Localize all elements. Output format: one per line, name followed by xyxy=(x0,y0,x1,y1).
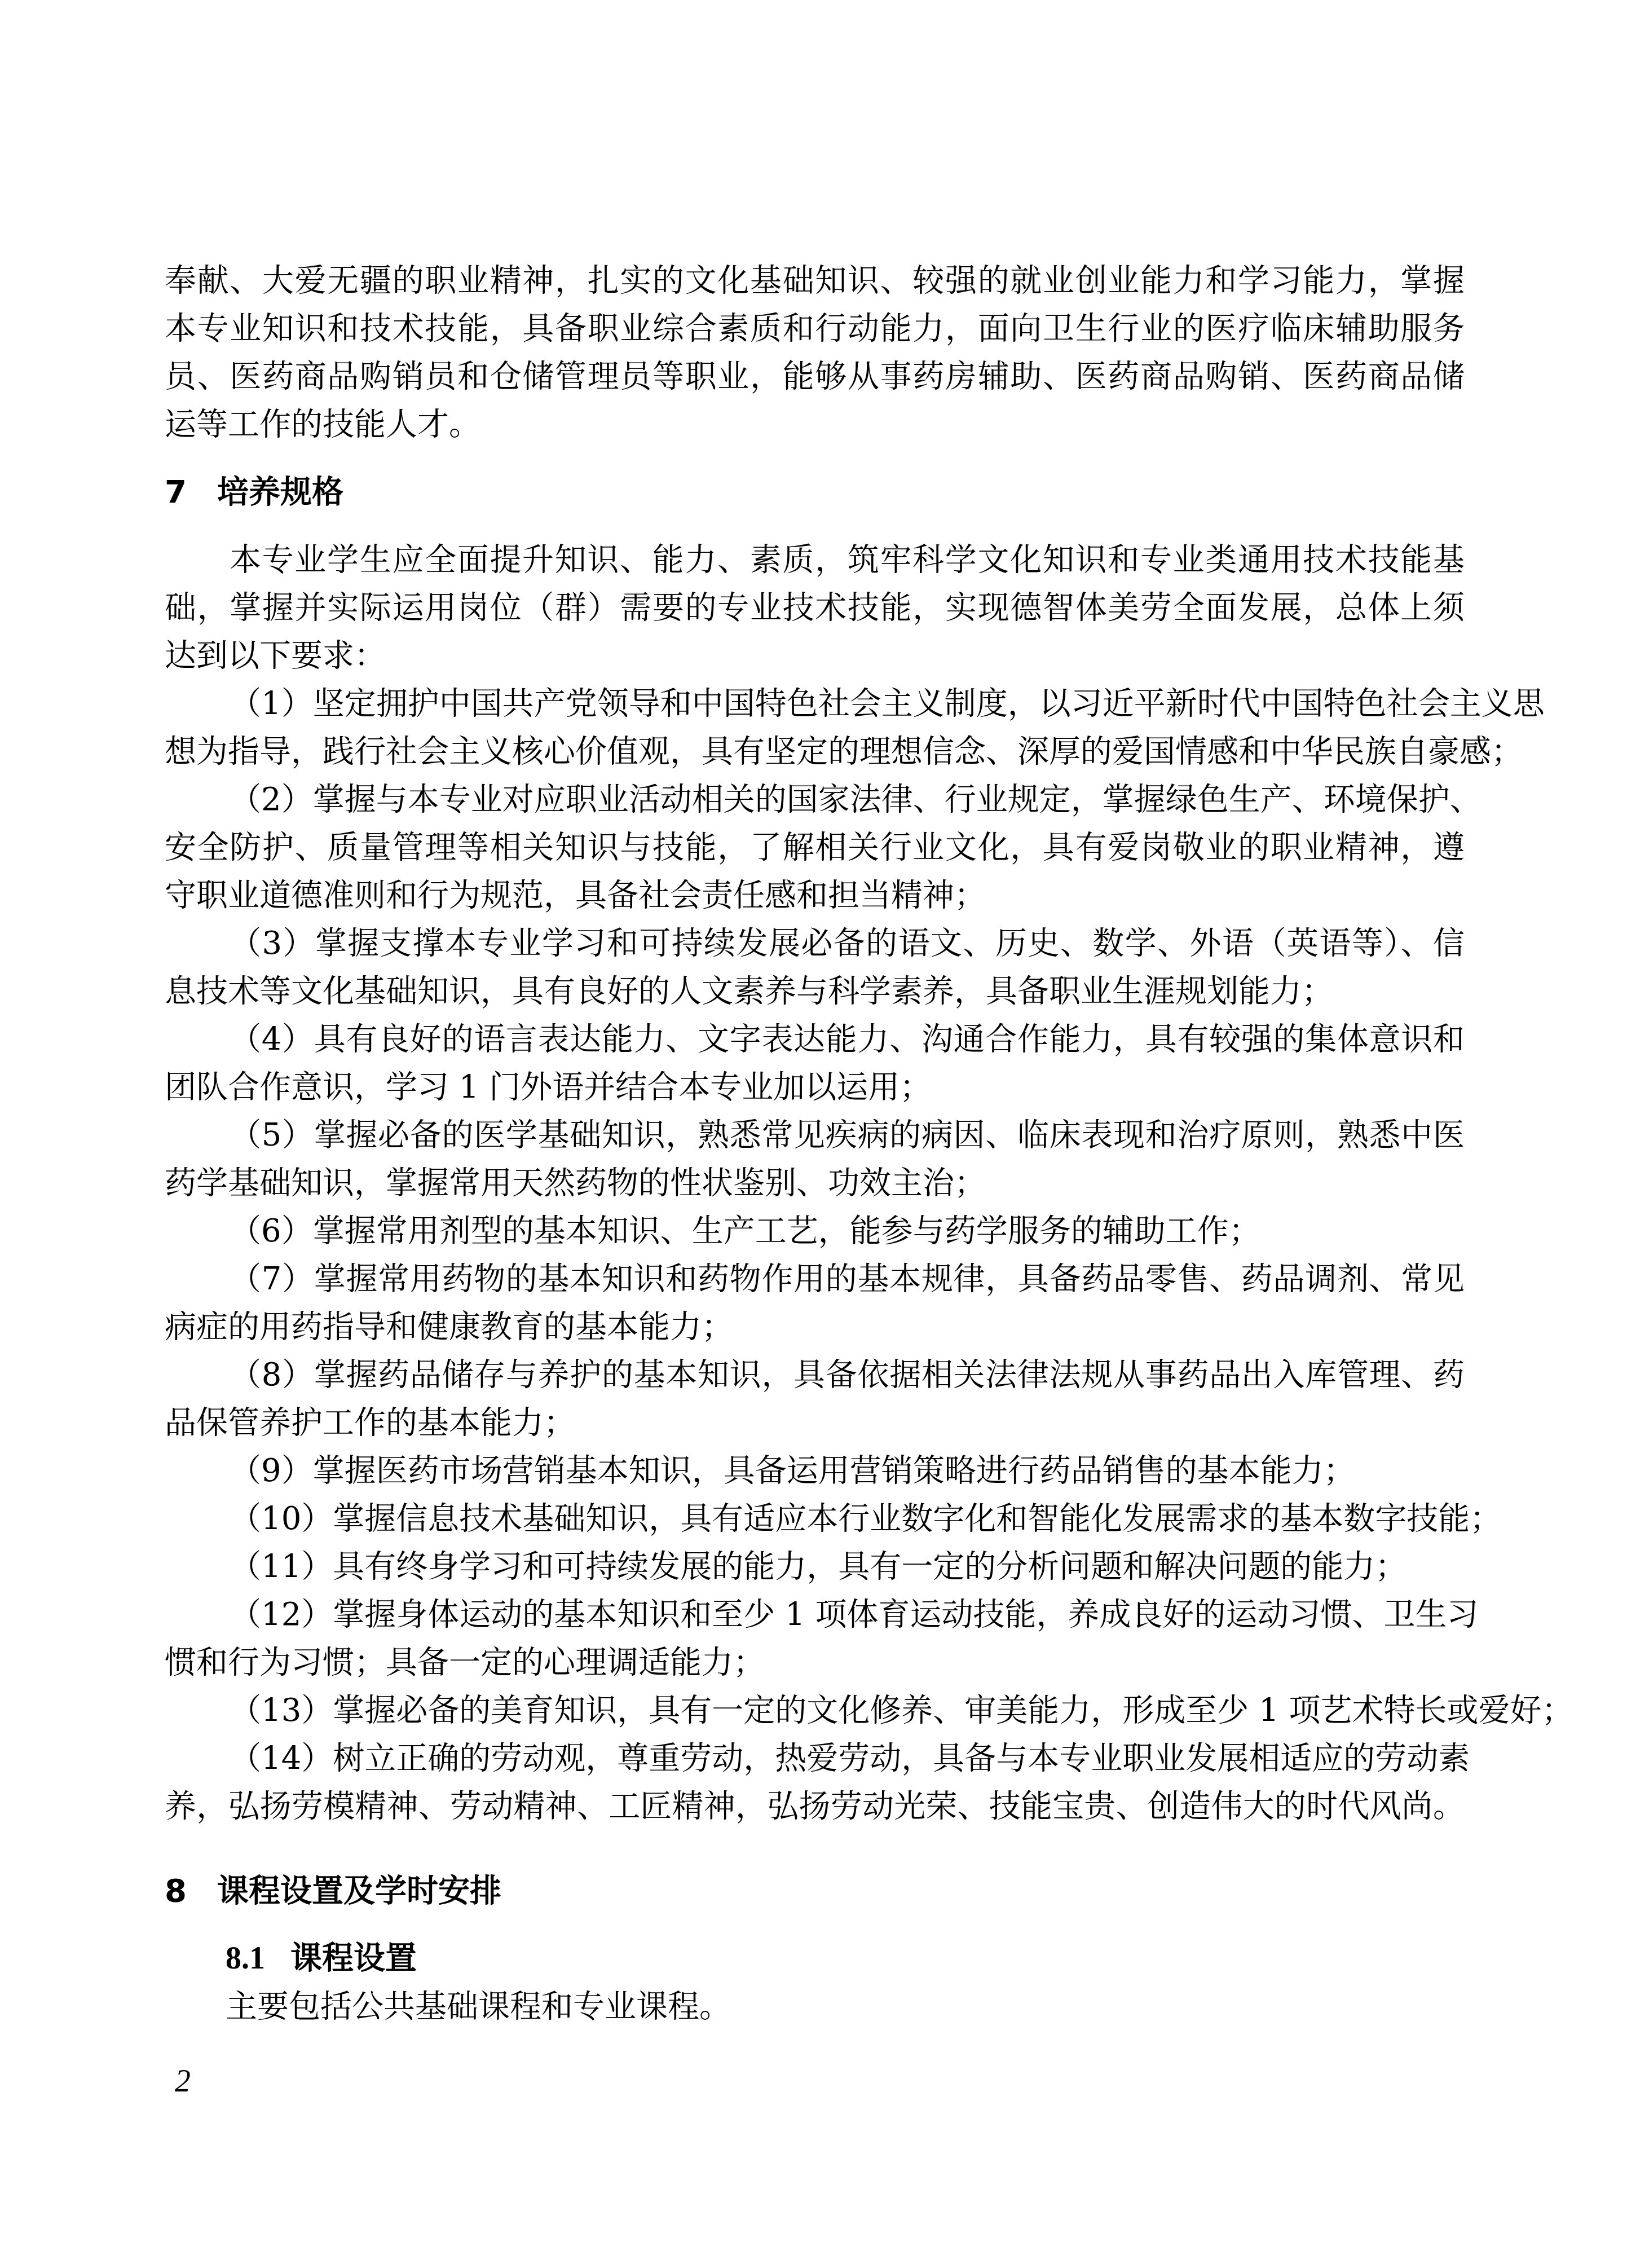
section-number: 8 xyxy=(165,1867,217,1915)
subsection-title: 课程设置 xyxy=(290,1941,417,1976)
text-line: 团队合作意识，学习 1 门外语并结合本专业加以运用； xyxy=(165,1063,1465,1111)
text-line: （10）掌握信息技术基础知识，具有适应本行业数字化和智能化发展需求的基本数字技能… xyxy=(230,1495,1465,1543)
text-line: （8）掌握药品储存与养护的基本知识，具备依据相关法律法规从事药品出入库管理、药 xyxy=(230,1351,1465,1399)
section-heading-7: 7培养规格 xyxy=(165,468,343,516)
text-line: 想为指导，践行社会主义核心价值观，具有坚定的理想信念、深厚的爱国情感和中华民族自… xyxy=(165,728,1465,776)
section-heading-8: 8课程设置及学时安排 xyxy=(165,1867,501,1915)
text-line: （9）掌握医药市场营销基本知识，具备运用营销策略进行药品销售的基本能力； xyxy=(230,1447,1465,1495)
text-line: 药学基础知识，掌握常用天然药物的性状鉴别、功效主治； xyxy=(165,1159,1465,1207)
text-line: 运等工作的技能人才。 xyxy=(165,400,1465,448)
text-line: （11）具有终身学习和可持续发展的能力，具有一定的分析问题和解决问题的能力； xyxy=(230,1543,1465,1591)
text-line: 品保管养护工作的基本能力； xyxy=(165,1399,1465,1447)
subsection-number: 8.1 xyxy=(226,1935,290,1983)
text-line: 惯和行为习惯；具备一定的心理调适能力； xyxy=(165,1639,1465,1686)
subsection-body-text: 主要包括公共基础课程和专业课程。 xyxy=(226,1983,1461,2031)
subsection-heading-8-1: 8.1课程设置 xyxy=(226,1935,417,1983)
page-number: 2 xyxy=(175,2062,191,2101)
text-line: （2）掌握与本专业对应职业活动相关的国家法律、行业规定，掌握绿色生产、环境保护、 xyxy=(230,776,1465,823)
text-line: 守职业道德准则和行为规范，具备社会责任感和担当精神； xyxy=(165,871,1465,919)
text-line: （5）掌握必备的医学基础知识，熟悉常见疾病的病因、临床表现和治疗原则，熟悉中医 xyxy=(230,1111,1465,1159)
section-title: 课程设置及学时安排 xyxy=(217,1873,501,1909)
document-page: 奉献、大爱无疆的职业精神，扎实的文化基础知识、较强的就业创业能力和学习能力，掌握… xyxy=(0,0,1627,2268)
text-line: 本专业知识和技术技能，具备职业综合素质和行动能力，面向卫生行业的医疗临床辅助服务 xyxy=(165,305,1465,353)
text-line: （6）掌握常用剂型的基本知识、生产工艺，能参与药学服务的辅助工作； xyxy=(230,1207,1465,1255)
text-line: 员、医药商品购销员和仓储管理员等职业，能够从事药房辅助、医药商品购销、医药商品储 xyxy=(165,353,1465,400)
text-line: （4）具有良好的语言表达能力、文字表达能力、沟通合作能力，具有较强的集体意识和 xyxy=(230,1015,1465,1063)
section-title: 培养规格 xyxy=(217,474,343,510)
text-line: 息技术等文化基础知识，具有良好的人文素养与科学素养，具备职业生涯规划能力； xyxy=(165,967,1465,1015)
text-line: 础，掌握并实际运用岗位（群）需要的专业技术技能，实现德智体美劳全面发展，总体上须 xyxy=(165,584,1465,632)
text-line: 病症的用药指导和健康教育的基本能力； xyxy=(165,1303,1465,1351)
text-line: 安全防护、质量管理等相关知识与技能，了解相关行业文化，具有爱岗敬业的职业精神，遵 xyxy=(165,823,1465,871)
text-line: （13）掌握必备的美育知识，具有一定的文化修养、审美能力，形成至少 1 项艺术特… xyxy=(230,1686,1465,1734)
text-line: （14）树立正确的劳动观，尊重劳动，热爱劳动，具备与本专业职业发展相适应的劳动素 xyxy=(230,1734,1465,1782)
text-line: 本专业学生应全面提升知识、能力、素质，筑牢科学文化知识和专业类通用技术技能基 xyxy=(230,536,1465,584)
section-number: 7 xyxy=(165,468,217,516)
text-line: （12）掌握身体运动的基本知识和至少 1 项体育运动技能，养成良好的运动习惯、卫… xyxy=(230,1591,1465,1639)
text-line: 养，弘扬劳模精神、劳动精神、工匠精神，弘扬劳动光荣、技能宝贵、创造伟大的时代风尚… xyxy=(165,1782,1465,1830)
text-line: （3）掌握支撑本专业学习和可持续发展必备的语文、历史、数学、外语（英语等）、信 xyxy=(230,919,1465,967)
text-line: 达到以下要求： xyxy=(165,632,1465,680)
text-line: （1）坚定拥护中国共产党领导和中国特色社会主义制度，以习近平新时代中国特色社会主… xyxy=(230,680,1465,728)
text-line: 奉献、大爱无疆的职业精神，扎实的文化基础知识、较强的就业创业能力和学习能力，掌握 xyxy=(165,257,1465,305)
text-line: （7）掌握常用药物的基本知识和药物作用的基本规律，具备药品零售、药品调剂、常见 xyxy=(230,1255,1465,1303)
